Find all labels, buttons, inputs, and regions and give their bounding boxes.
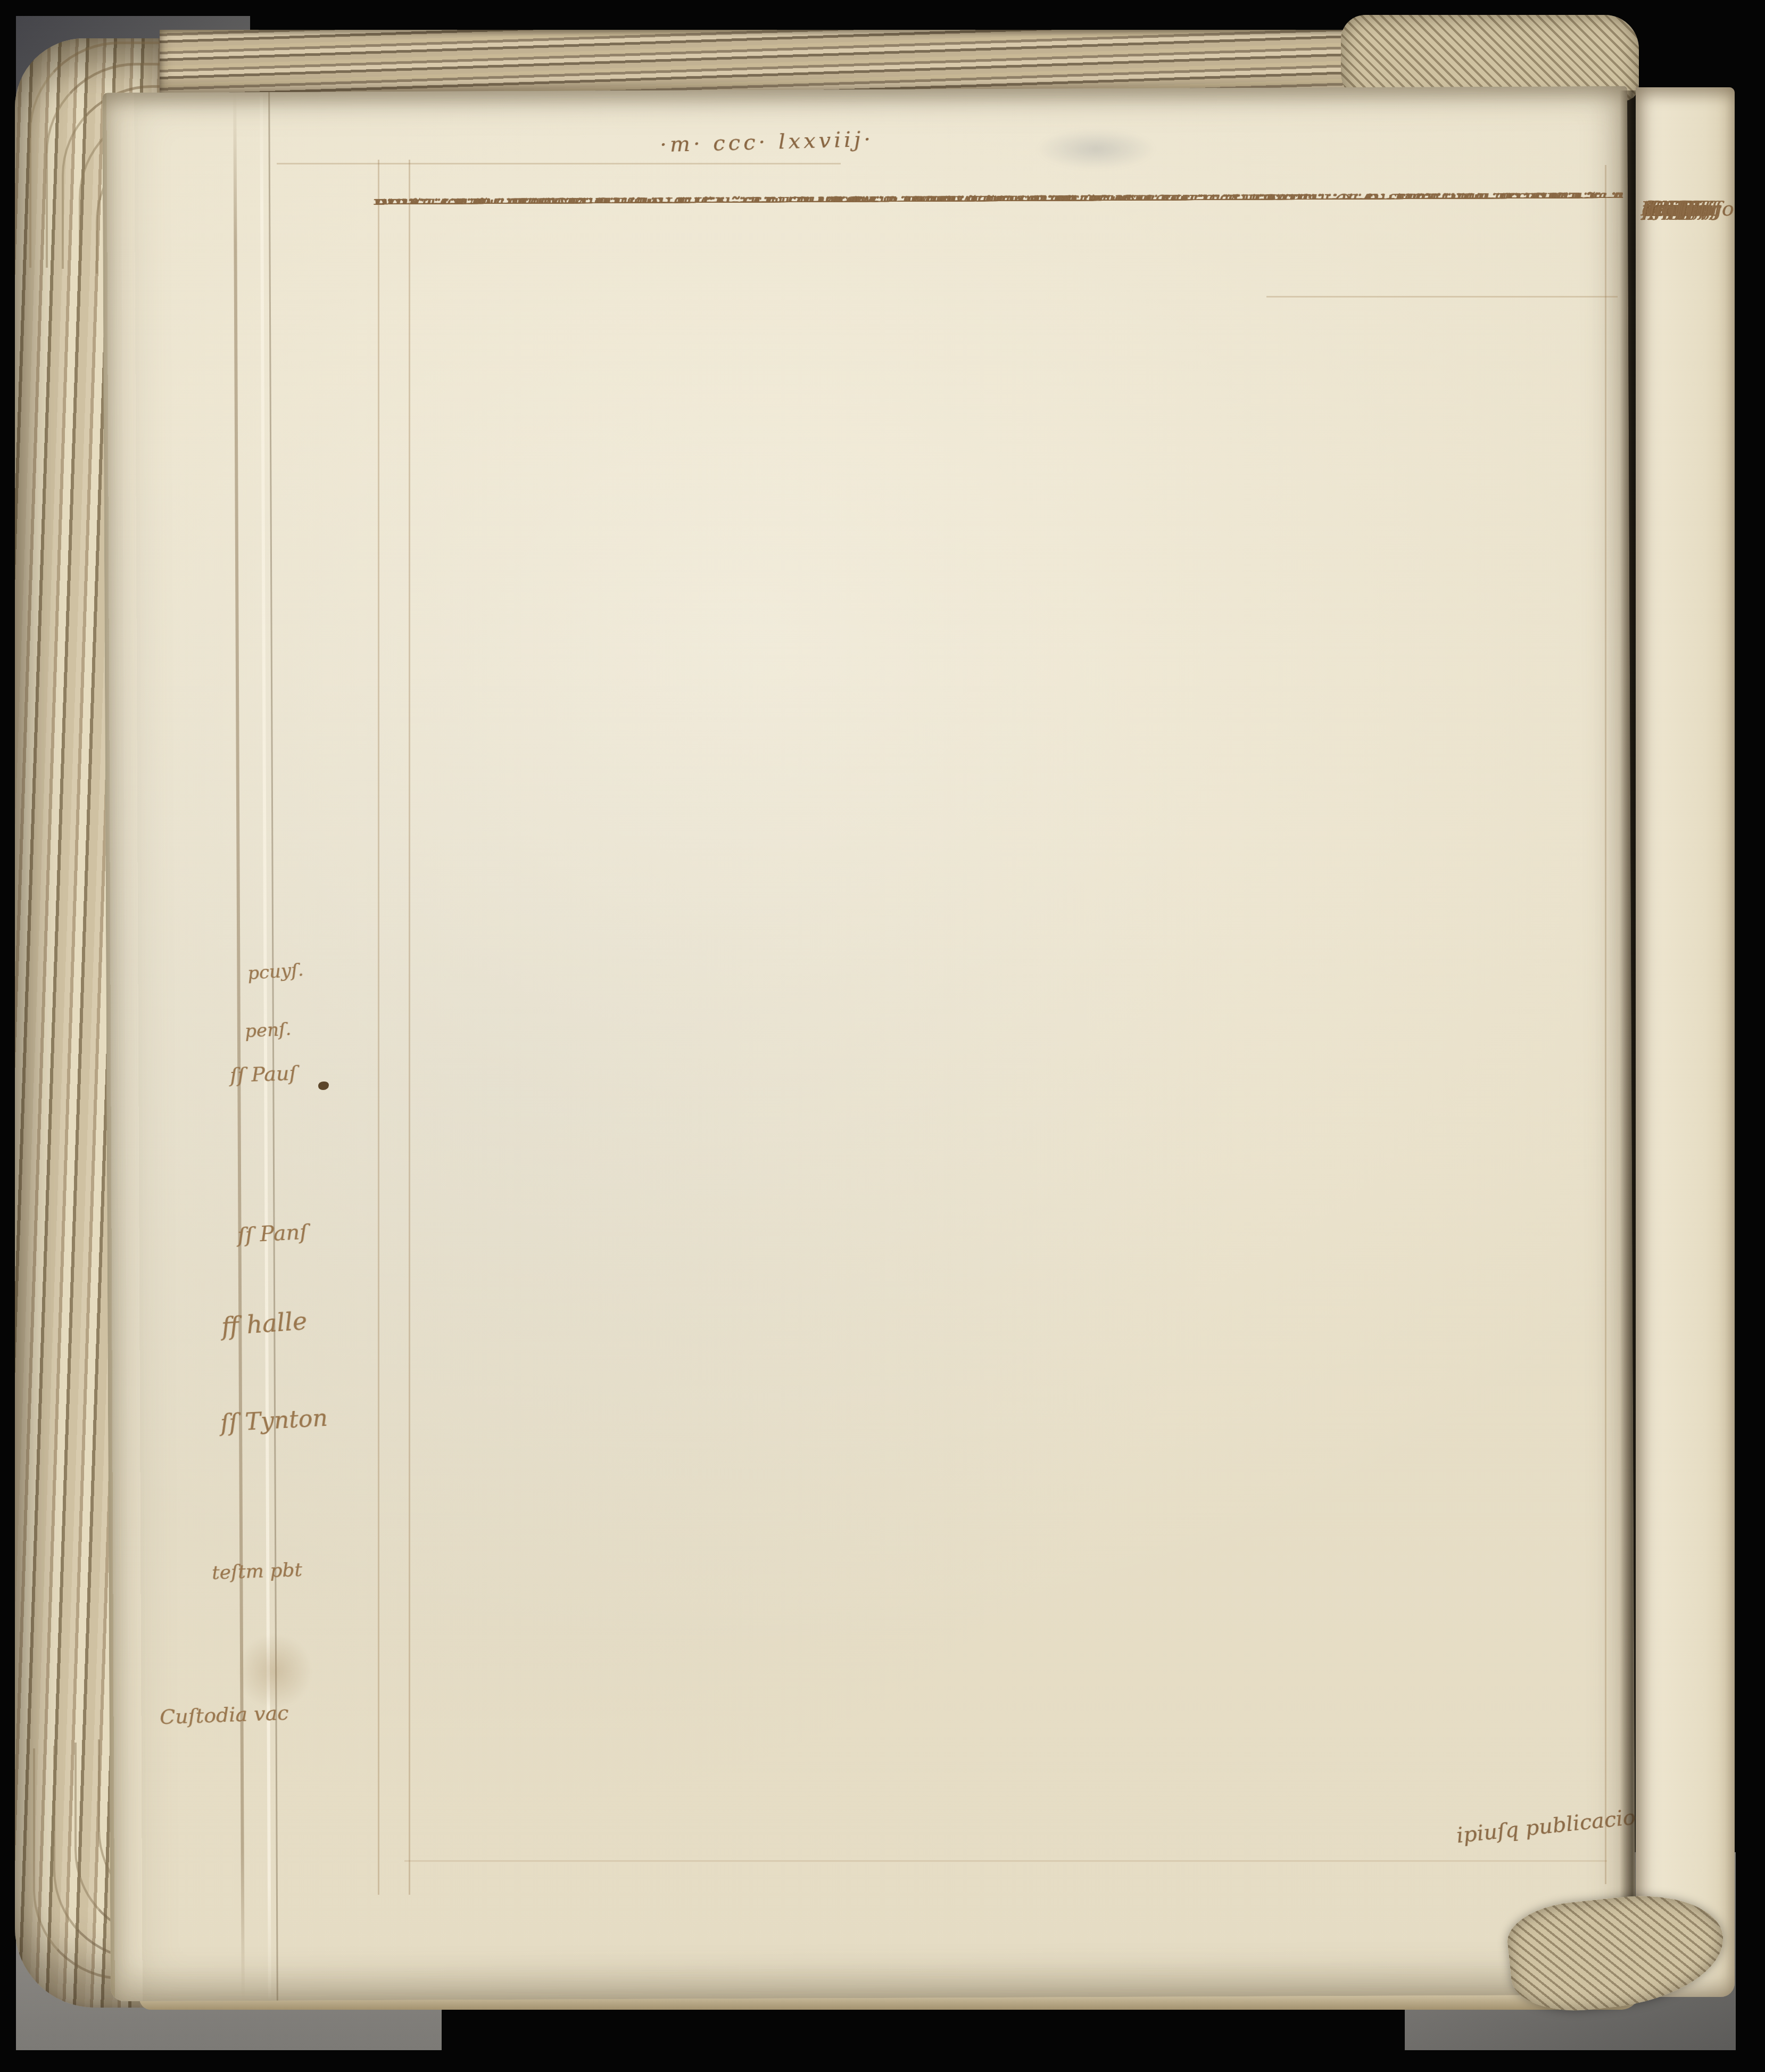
margin-note: penſ. [244, 1019, 292, 1043]
margin-note: ſſ Tynton [220, 1405, 328, 1437]
facing-recto-strip: ipniq pml ipaſais JhSomiſde deſcompoſſa … [1636, 87, 1735, 1997]
margin-note: pcuyſ. [247, 959, 304, 984]
margin-note: teſtm pbt [211, 1559, 302, 1584]
parchment-stain [232, 1634, 317, 1708]
margin-note: ſſ Pauſ [229, 1061, 297, 1087]
verso-page [102, 86, 1636, 2001]
parchment-crease [277, 163, 841, 164]
ink-show-through-smudge [1014, 121, 1179, 177]
margin-rule-line [1605, 165, 1606, 1884]
parchment-crease [1266, 296, 1618, 298]
manuscript-photo: ·m· ccc· lxxviij· Johña eidm Willo in vx… [0, 0, 1765, 2072]
margin-rule-line [378, 160, 379, 1895]
parchment-crease [404, 1860, 1607, 1862]
margin-note: ff halle [220, 1306, 308, 1341]
margin-note: ſſ Panſ [237, 1220, 308, 1248]
margin-rule-line [409, 160, 410, 1895]
manuscript-line: ff qſ [1642, 192, 1683, 226]
